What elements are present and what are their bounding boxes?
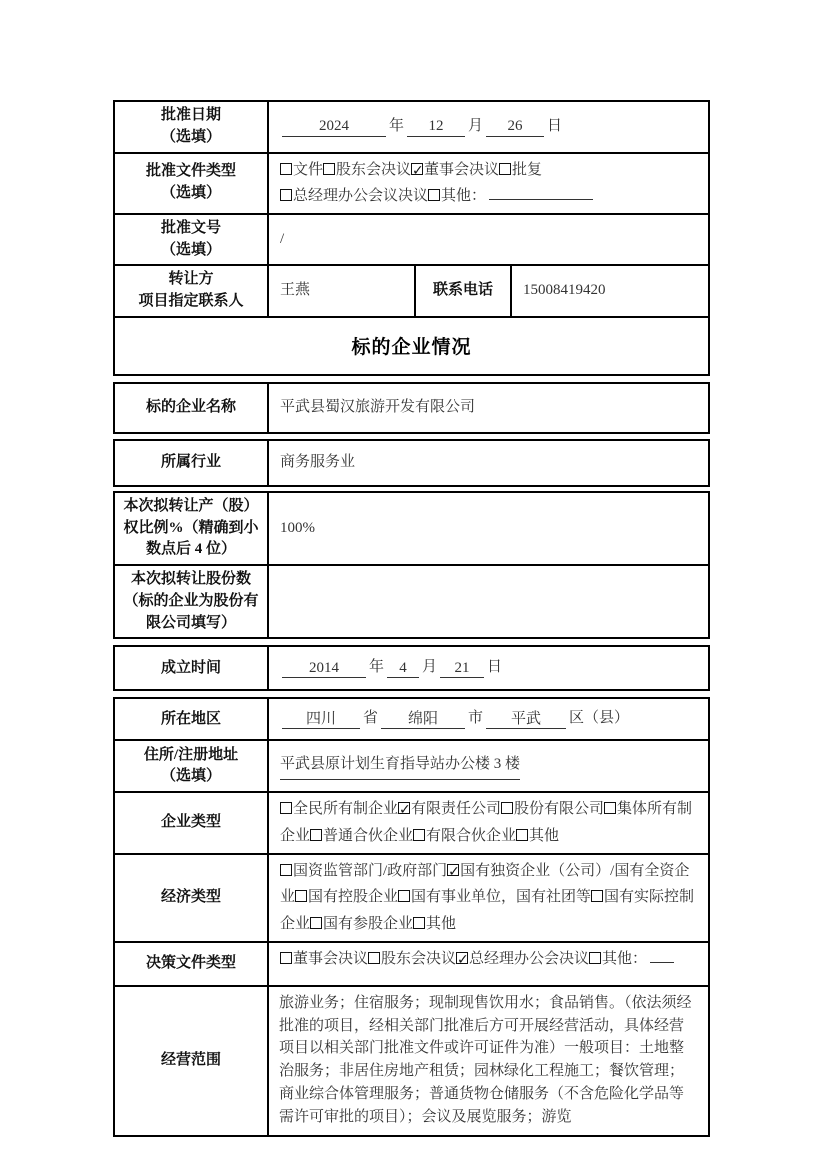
fill-blank: 2014 bbox=[282, 659, 366, 679]
checkbox-unchecked-icon[interactable] bbox=[589, 952, 601, 964]
approval-date-row: 批准日期 （选填） 2024年12月26日 bbox=[113, 100, 710, 154]
established-date-row: 成立时间 2014年4月21日 bbox=[113, 645, 710, 691]
fill-blank: 绵阳 bbox=[381, 710, 465, 730]
checkbox-option-label: 总经理办公会决议 bbox=[469, 951, 589, 967]
address-row: 住所/注册地址 （选填） 平武县原计划生育指导站办公楼 3 楼 bbox=[113, 739, 710, 793]
field-suffix: 月 bbox=[422, 655, 437, 681]
contact-phone-label: 联系电话 bbox=[414, 266, 510, 316]
field-suffix: 月 bbox=[468, 114, 483, 140]
target-name-value: 平武县蜀汉旅游开发有限公司 bbox=[267, 384, 708, 432]
transferor-contact-row: 转让方 项目指定联系人 王燕 联系电话 15008419420 bbox=[113, 264, 710, 318]
checkbox-unchecked-icon[interactable] bbox=[280, 952, 292, 964]
section-title-row: 标的企业情况 bbox=[113, 316, 710, 376]
checkbox-option-label: 批复 bbox=[512, 162, 542, 178]
transfer-form-table: 批准日期 （选填） 2024年12月26日 批准文件类型 （选填） 文件股东会决… bbox=[113, 100, 710, 1137]
approval-date-value: 2024年12月26日 bbox=[267, 102, 708, 152]
fill-blank: 26 bbox=[486, 117, 544, 137]
decision-doc-type-options: 董事会决议股东会决议总经理办公会决议其他： bbox=[267, 943, 708, 985]
checkbox-unchecked-icon[interactable] bbox=[398, 890, 410, 902]
region-row: 所在地区 四川省绵阳市平武区（县） bbox=[113, 697, 710, 741]
field-suffix: 年 bbox=[389, 114, 404, 140]
address-underlined-text: 平武县原计划生育指导站办公楼 3 楼 bbox=[280, 752, 520, 780]
checkbox-option-label: 董事会决议 bbox=[424, 162, 499, 178]
enterprise-type-row: 企业类型 全民所有制企业有限责任公司股份有限公司集体所有制企业普通合伙企业有限合… bbox=[113, 791, 710, 854]
checkbox-option-label: 其他 bbox=[529, 828, 559, 844]
checkbox-unchecked-icon[interactable] bbox=[499, 163, 511, 175]
checkbox-option-label: 文件 bbox=[293, 162, 323, 178]
checkbox-option-label: 国有参股企业 bbox=[323, 916, 413, 932]
fill-blank: 2024 bbox=[282, 117, 386, 137]
transfer-ratio-value: 100% bbox=[267, 493, 708, 564]
checkbox-unchecked-icon[interactable] bbox=[413, 829, 425, 841]
economic-type-label: 经济类型 bbox=[115, 855, 267, 941]
checkbox-unchecked-icon[interactable] bbox=[295, 890, 307, 902]
fill-blank bbox=[650, 948, 674, 963]
transfer-shares-value bbox=[267, 566, 708, 637]
address-label: 住所/注册地址 （选填） bbox=[115, 741, 267, 791]
fill-blank bbox=[489, 185, 593, 200]
fill-blank: 4 bbox=[387, 659, 419, 679]
business-scope-label: 经营范围 bbox=[115, 987, 267, 1135]
approval-date-label: 批准日期 （选填） bbox=[115, 102, 267, 152]
fill-blank: 四川 bbox=[282, 710, 360, 730]
document-page: 批准日期 （选填） 2024年12月26日 批准文件类型 （选填） 文件股东会决… bbox=[0, 0, 826, 1169]
region-value: 四川省绵阳市平武区（县） bbox=[267, 699, 708, 739]
checkbox-checked-icon[interactable] bbox=[411, 163, 423, 175]
checkbox-unchecked-icon[interactable] bbox=[501, 802, 513, 814]
checkbox-option-label: 普通合伙企业 bbox=[323, 828, 413, 844]
checkbox-option-label: 国资监管部门/政府部门 bbox=[293, 863, 447, 879]
field-suffix: 日 bbox=[547, 114, 562, 140]
checkbox-checked-icon[interactable] bbox=[447, 864, 459, 876]
checkbox-option-label: 董事会决议 bbox=[293, 951, 368, 967]
section-title: 标的企业情况 bbox=[115, 318, 708, 374]
address-value: 平武县原计划生育指导站办公楼 3 楼 bbox=[267, 741, 708, 791]
industry-value: 商务服务业 bbox=[267, 441, 708, 485]
field-suffix: 省 bbox=[363, 706, 378, 732]
industry-row: 所属行业 商务服务业 bbox=[113, 439, 710, 487]
economic-type-row: 经济类型 国资监管部门/政府部门国有独资企业（公司）/国有全资企业国有控股企业国… bbox=[113, 853, 710, 943]
transfer-shares-label: 本次拟转让股份数（标的企业为股份有限公司填写） bbox=[115, 566, 267, 637]
checkbox-unchecked-icon[interactable] bbox=[280, 163, 292, 175]
checkbox-checked-icon[interactable] bbox=[398, 802, 410, 814]
checkbox-option-label: 有限合伙企业 bbox=[426, 828, 516, 844]
fill-blank: 21 bbox=[440, 659, 484, 679]
checkbox-option-label: 其他 bbox=[426, 916, 456, 932]
contact-name-value: 王燕 bbox=[267, 266, 414, 316]
contact-phone-value: 15008419420 bbox=[510, 266, 712, 316]
checkbox-option-label: 其他： bbox=[441, 188, 486, 204]
approval-doc-type-row: 批准文件类型 （选填） 文件股东会决议董事会决议批复总经理办公会议决议其他： bbox=[113, 152, 710, 215]
checkbox-unchecked-icon[interactable] bbox=[310, 917, 322, 929]
checkbox-option-label: 其他： bbox=[602, 951, 647, 967]
checkbox-unchecked-icon[interactable] bbox=[280, 802, 292, 814]
field-suffix: 日 bbox=[487, 655, 502, 681]
checkbox-unchecked-icon[interactable] bbox=[516, 829, 528, 841]
region-label: 所在地区 bbox=[115, 699, 267, 739]
checkbox-option-label: 总经理办公会议决议 bbox=[293, 188, 428, 204]
checkbox-option-label: 全民所有制企业 bbox=[293, 801, 398, 817]
decision-doc-type-label: 决策文件类型 bbox=[115, 943, 267, 985]
checkbox-unchecked-icon[interactable] bbox=[604, 802, 616, 814]
decision-doc-type-row: 决策文件类型 董事会决议股东会决议总经理办公会决议其他： bbox=[113, 941, 710, 987]
checkbox-unchecked-icon[interactable] bbox=[428, 189, 440, 201]
checkbox-unchecked-icon[interactable] bbox=[591, 890, 603, 902]
established-date-value: 2014年4月21日 bbox=[267, 647, 708, 689]
checkbox-option-label: 股东会决议 bbox=[336, 162, 411, 178]
transfer-ratio-label: 本次拟转让产（股）权比例%（精确到小数点后 4 位） bbox=[115, 493, 267, 564]
transfer-shares-row: 本次拟转让股份数（标的企业为股份有限公司填写） bbox=[113, 564, 710, 639]
enterprise-type-options: 全民所有制企业有限责任公司股份有限公司集体所有制企业普通合伙企业有限合伙企业其他 bbox=[267, 793, 708, 852]
business-scope-value: 旅游业务；住宿服务；现制现售饮用水；食品销售。（依法须经批准的项目，经相关部门批… bbox=[267, 987, 708, 1135]
transferor-contact-label: 转让方 项目指定联系人 bbox=[115, 266, 267, 316]
fill-blank: 平武 bbox=[486, 710, 566, 730]
approval-doc-type-label: 批准文件类型 （选填） bbox=[115, 154, 267, 213]
checkbox-option-label: 有限责任公司 bbox=[411, 801, 501, 817]
approval-doc-no-value: / bbox=[267, 215, 708, 265]
checkbox-unchecked-icon[interactable] bbox=[310, 829, 322, 841]
checkbox-unchecked-icon[interactable] bbox=[368, 952, 380, 964]
target-name-row: 标的企业名称 平武县蜀汉旅游开发有限公司 bbox=[113, 382, 710, 434]
economic-type-options: 国资监管部门/政府部门国有独资企业（公司）/国有全资企业国有控股企业国有事业单位… bbox=[267, 855, 708, 941]
transfer-ratio-row: 本次拟转让产（股）权比例%（精确到小数点后 4 位） 100% bbox=[113, 491, 710, 566]
industry-label: 所属行业 bbox=[115, 441, 267, 485]
checkbox-checked-icon[interactable] bbox=[456, 952, 468, 964]
business-scope-row: 经营范围 旅游业务；住宿服务；现制现售饮用水；食品销售。（依法须经批准的项目，经… bbox=[113, 985, 710, 1137]
target-name-label: 标的企业名称 bbox=[115, 384, 267, 432]
field-suffix: 市 bbox=[468, 706, 483, 732]
checkbox-option-label: 国有控股企业 bbox=[308, 889, 398, 905]
checkbox-unchecked-icon[interactable] bbox=[280, 189, 292, 201]
established-date-label: 成立时间 bbox=[115, 647, 267, 689]
approval-doc-type-options: 文件股东会决议董事会决议批复总经理办公会议决议其他： bbox=[267, 154, 708, 213]
checkbox-unchecked-icon[interactable] bbox=[280, 864, 292, 876]
checkbox-option-label: 股东会决议 bbox=[381, 951, 456, 967]
field-suffix: 年 bbox=[369, 655, 384, 681]
checkbox-unchecked-icon[interactable] bbox=[413, 917, 425, 929]
checkbox-option-label: 国有事业单位，国有社团等 bbox=[411, 889, 591, 905]
fill-blank: 12 bbox=[407, 117, 465, 137]
field-suffix: 区（县） bbox=[569, 706, 629, 732]
checkbox-unchecked-icon[interactable] bbox=[323, 163, 335, 175]
enterprise-type-label: 企业类型 bbox=[115, 793, 267, 852]
approval-doc-no-label: 批准文号 （选填） bbox=[115, 215, 267, 265]
checkbox-option-label: 股份有限公司 bbox=[514, 801, 604, 817]
approval-doc-no-row: 批准文号 （选填） / bbox=[113, 213, 710, 267]
